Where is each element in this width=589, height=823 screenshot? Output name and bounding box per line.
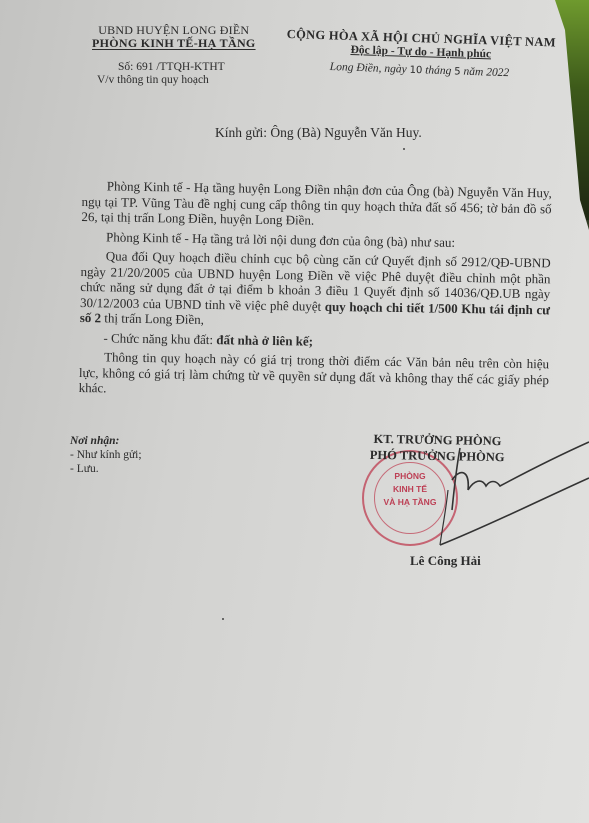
date-month-label: tháng [425, 64, 452, 77]
salutation: Kính gửi: Ông (Bà) Nguyễn Văn Huy. [215, 125, 422, 141]
recipients-block: Nơi nhận: - Như kính gửi; - Lưu. [70, 434, 142, 476]
date-day: 10 [409, 65, 422, 76]
land-function-value: đất nhà ở liên kế; [216, 332, 313, 349]
body-paragraph-3: Qua đối Quy hoạch điều chỉnh cục bộ cùng… [80, 248, 551, 333]
date-year: năm 2022 [463, 66, 509, 80]
department-name: PHÒNG KINH TẾ-HẠ TẦNG [92, 37, 256, 50]
document-subject: V/v thông tin quy hoạch [97, 74, 209, 86]
body-land-function: - Chức năng khu đất: đất nhà ở liên kế; [79, 329, 549, 352]
recipient-item: - Như kính gửi; [70, 448, 142, 462]
date-line: Long Điền, ngày 10 tháng 5 năm 2022 [330, 61, 510, 79]
land-function-label: - Chức năng khu đất: [103, 330, 216, 347]
recipient-item: - Lưu. [70, 462, 142, 476]
body-paragraph-5: Thông tin quy hoạch này có giá trị trong… [79, 349, 550, 403]
p3-tail-text: thị trấn Long Điền, [101, 310, 204, 327]
date-prefix: Long Điền, ngày [330, 61, 407, 76]
letter-body: Phòng Kinh tế - Hạ tầng huyện Long Điền … [79, 178, 552, 407]
recipients-title: Nơi nhận: [70, 434, 142, 448]
body-paragraph-2: Phòng Kinh tế - Hạ tầng trả lời nội dung… [81, 228, 551, 251]
agency-header: UBND HUYỆN LONG ĐIỀN PHÒNG KINH TẾ-HẠ TẦ… [92, 24, 256, 50]
paper-speck [403, 148, 405, 150]
national-header: CỘNG HÒA XÃ HỘI CHỦ NGHĨA VIỆT NAM Độc l… [286, 27, 556, 62]
signer-name: Lê Công Hải [410, 553, 481, 569]
handwritten-signature-icon [430, 440, 589, 550]
paper-speck [222, 618, 224, 620]
document-number: Số: 691 /TTQH-KTHT [118, 61, 225, 74]
date-month: 5 [454, 66, 461, 77]
document-page: UBND HUYỆN LONG ĐIỀN PHÒNG KINH TẾ-HẠ TẦ… [0, 0, 589, 823]
body-paragraph-1: Phòng Kinh tế - Hạ tầng huyện Long Điền … [81, 178, 552, 232]
